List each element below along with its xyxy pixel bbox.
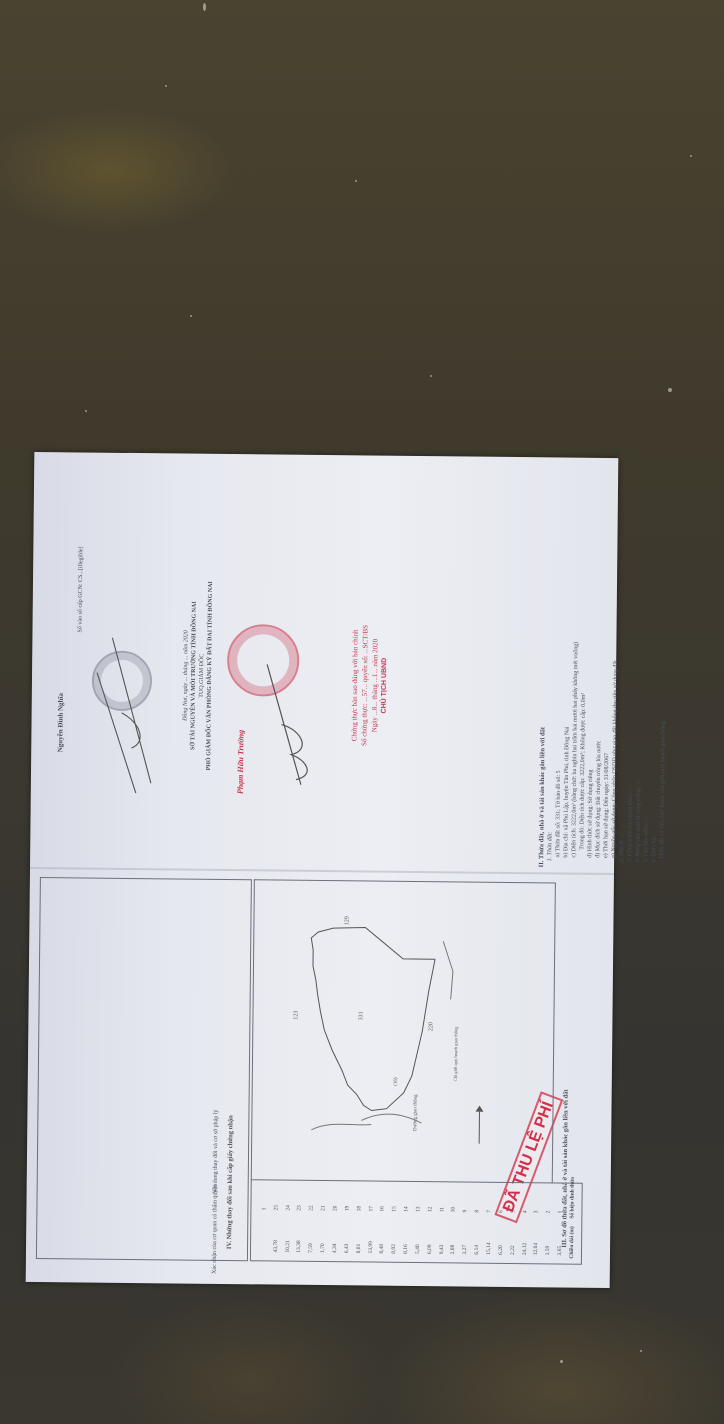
table-cell: 17	[368, 1206, 374, 1212]
table-cell: 1,59	[545, 1246, 551, 1256]
table-cell: 12,04	[533, 1243, 539, 1255]
signature-grey	[91, 633, 163, 794]
table-cell: 13,38	[296, 1240, 302, 1252]
section-iv-col1: Nội dung thay đổi và cơ sở pháp lý	[212, 1110, 221, 1194]
table-cell: 9,43	[439, 1245, 445, 1255]
table-cell: 2	[546, 1211, 552, 1214]
fold-line	[30, 867, 614, 875]
table-cell: 1,70	[320, 1243, 326, 1253]
table-cell: 3	[534, 1210, 540, 1213]
signature-red	[261, 654, 322, 795]
table-cell: 19	[344, 1206, 350, 1212]
table-cell: 8,16	[403, 1244, 409, 1254]
svg-text:220: 220	[428, 1022, 434, 1031]
table-cell: 2,22	[510, 1245, 516, 1255]
parcel-number: 331	[358, 1011, 364, 1020]
table-cell: 4,34	[332, 1244, 338, 1254]
table-cell: 15	[392, 1206, 398, 1212]
issuer-position: PHÓ GIÁM ĐỐC VĂN PHÒNG ĐĂNG KÝ ĐẤT ĐAI T…	[205, 566, 215, 786]
cert-signer: Phạm Hữu Trường	[236, 730, 246, 794]
table-cell: 21	[321, 1206, 327, 1212]
table-cell: 20	[332, 1206, 338, 1212]
table-cell: 24,12	[522, 1243, 528, 1255]
svg-text:123: 123	[293, 1011, 299, 1020]
svg-text:Chỉ giới quy hoạch giao thông: Chỉ giới quy hoạch giao thông	[453, 1026, 459, 1082]
section-iv-col2: Xác nhận của cơ quan có thẩm quyền	[211, 1184, 220, 1274]
table-cell: 6,09	[427, 1244, 433, 1254]
table-cell: 22	[309, 1205, 315, 1211]
svg-text:(16): (16)	[394, 1077, 399, 1086]
registry-number: Số vào sổ cấp GCN: CS...[illegible]	[77, 546, 84, 632]
table-cell: 8	[475, 1210, 481, 1213]
table-cell: 15,14	[486, 1242, 492, 1254]
section-ii: II. Thửa đất, nhà ở và tài sản khác gắn …	[538, 641, 668, 868]
table-cell: Số hiệu đỉnh thửa	[569, 1177, 575, 1219]
svg-text:Đường giao thông: Đường giao thông	[413, 1094, 418, 1131]
table-cell: 1	[558, 1211, 564, 1214]
table-cell: 6,20	[498, 1245, 504, 1255]
table-cell: 4	[522, 1210, 528, 1213]
section-iv-heading: IV. Những thay đổi sau khi cấp giấy chứn…	[226, 1115, 234, 1249]
table-cell: 3,65	[557, 1246, 563, 1256]
table-cell: 11	[439, 1207, 445, 1212]
table-cell: 43,78	[273, 1240, 279, 1252]
table-cell: 3,27	[462, 1245, 468, 1255]
table-cell: 6	[498, 1210, 504, 1213]
table-cell: 6,43	[344, 1244, 350, 1254]
table-cell: 13,99	[368, 1241, 374, 1253]
certificate-sheet: II. Thửa đất, nhà ở và tài sản khác gắn …	[26, 452, 619, 1288]
table-cell: 7,59	[308, 1243, 314, 1253]
cert-position: CHỦ TỊCH UBND	[379, 616, 390, 756]
svg-text:129: 129	[344, 916, 350, 925]
certification-block: Chứng thực bản sao đúng với bản chính Số…	[349, 615, 390, 755]
table-cell: 18	[356, 1206, 362, 1212]
land-details: a) Thửa đất số: 331; Tờ bản đồ số: 5 b) …	[554, 642, 620, 869]
table-cell: Chiều dài (m)	[569, 1226, 575, 1258]
table-cell: 13	[415, 1206, 421, 1212]
table-cell: 16	[380, 1206, 386, 1212]
table-cell: 14	[403, 1206, 409, 1212]
issuer-signer: Nguyễn Đình Nghĩa	[56, 693, 65, 752]
table-cell: 5,40	[415, 1244, 421, 1254]
table-cell: 9	[463, 1210, 469, 1213]
table-cell: 8,81	[356, 1244, 362, 1254]
vertex-table: Số hiệu đỉnh thửaChiều dài (m)13,6521,59…	[250, 1179, 583, 1264]
table-cell: 5	[510, 1210, 516, 1213]
parcel-map: 331 220 123 (16) 129 Đường giao thông Ch…	[251, 879, 554, 1182]
table-cell: 10	[451, 1207, 457, 1213]
table-cell: 2,88	[450, 1245, 456, 1255]
table-cell: 7	[486, 1210, 492, 1213]
table-cell: 24	[285, 1205, 291, 1211]
table-cell: 12	[427, 1207, 433, 1213]
table-cell: 10,21	[285, 1240, 291, 1252]
table-cell: 8,92	[391, 1244, 397, 1254]
issuer-block: Đồng Nai, ngày ... tháng ... năm 2020 SỞ…	[181, 566, 215, 786]
table-cell: 6,14	[474, 1245, 480, 1255]
table-cell: 1	[261, 1208, 267, 1211]
north-arrow-icon	[475, 1106, 483, 1144]
table-cell: 25	[273, 1205, 279, 1211]
table-cell: 8,48	[379, 1244, 385, 1254]
table-cell: 23	[297, 1205, 303, 1211]
